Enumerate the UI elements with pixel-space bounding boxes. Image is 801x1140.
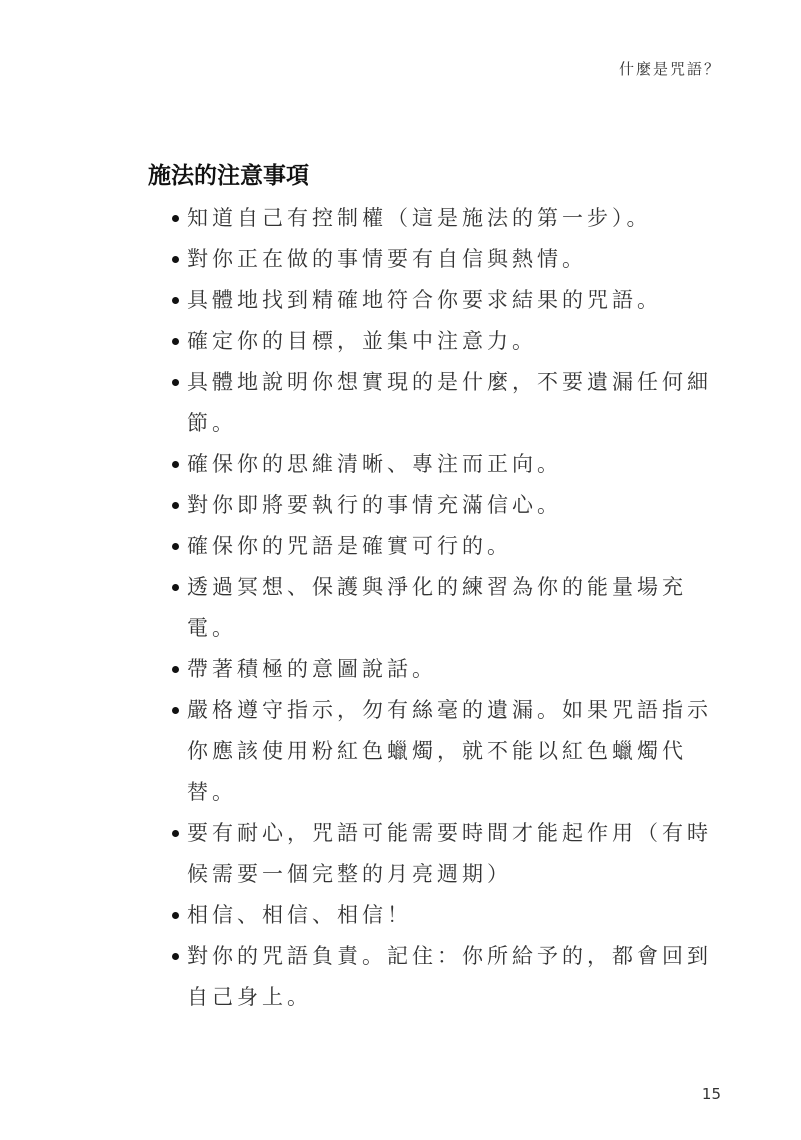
list-item: 對你正在做的事情要有自信與熱情。 bbox=[172, 239, 732, 280]
list-item: 具體地說明你想實現的是什麼，不要遺漏任何細節。 bbox=[172, 362, 732, 444]
list-item-text: 具體地找到精確地符合你要求結果的咒語。 bbox=[187, 280, 732, 321]
list-item-text: 具體地說明你想實現的是什麼，不要遺漏任何細節。 bbox=[187, 362, 732, 444]
bullet-icon bbox=[172, 502, 179, 509]
list-item-text: 對你的咒語負責。記住：你所給予的，都會回到自己身上。 bbox=[187, 936, 732, 1018]
bullet-icon bbox=[172, 953, 179, 960]
bullet-icon bbox=[172, 830, 179, 837]
list-item-text: 帶著積極的意圖說話。 bbox=[187, 649, 732, 690]
list-item: 確保你的思維清晰、專注而正向。 bbox=[172, 444, 732, 485]
bullet-icon bbox=[172, 543, 179, 550]
list-item: 相信、相信、相信！ bbox=[172, 895, 732, 936]
list-item: 要有耐心，咒語可能需要時間才能起作用（有時候需要一個完整的月亮週期） bbox=[172, 813, 732, 895]
bullet-icon bbox=[172, 584, 179, 591]
precautions-list: 知道自己有控制權（這是施法的第一步）。 對你正在做的事情要有自信與熱情。 具體地… bbox=[172, 198, 732, 1018]
list-item: 具體地找到精確地符合你要求結果的咒語。 bbox=[172, 280, 732, 321]
bullet-icon bbox=[172, 666, 179, 673]
list-item: 知道自己有控制權（這是施法的第一步）。 bbox=[172, 198, 732, 239]
list-item-text: 知道自己有控制權（這是施法的第一步）。 bbox=[187, 198, 732, 239]
list-item-text: 透過冥想、保護與淨化的練習為你的能量場充電。 bbox=[187, 567, 732, 649]
list-item: 透過冥想、保護與淨化的練習為你的能量場充電。 bbox=[172, 567, 732, 649]
running-header: 什麼是咒語？ bbox=[619, 58, 721, 79]
list-item: 對你的咒語負責。記住：你所給予的，都會回到自己身上。 bbox=[172, 936, 732, 1018]
list-item: 確保你的咒語是確實可行的。 bbox=[172, 526, 732, 567]
list-item: 確定你的目標，並集中注意力。 bbox=[172, 321, 732, 362]
page-number: 15 bbox=[702, 1085, 721, 1103]
bullet-icon bbox=[172, 297, 179, 304]
list-item-text: 對你正在做的事情要有自信與熱情。 bbox=[187, 239, 732, 280]
list-item-text: 嚴格遵守指示，勿有絲毫的遺漏。如果咒語指示你應該使用粉紅色蠟燭，就不能以紅色蠟燭… bbox=[187, 690, 732, 813]
list-item-text: 要有耐心，咒語可能需要時間才能起作用（有時候需要一個完整的月亮週期） bbox=[187, 813, 732, 895]
bullet-icon bbox=[172, 338, 179, 345]
list-item: 對你即將要執行的事情充滿信心。 bbox=[172, 485, 732, 526]
bullet-icon bbox=[172, 707, 179, 714]
list-item: 帶著積極的意圖說話。 bbox=[172, 649, 732, 690]
bullet-icon bbox=[172, 379, 179, 386]
bullet-icon bbox=[172, 256, 179, 263]
list-item-text: 確定你的目標，並集中注意力。 bbox=[187, 321, 732, 362]
bullet-icon bbox=[172, 215, 179, 222]
list-item-text: 確保你的咒語是確實可行的。 bbox=[187, 526, 732, 567]
bullet-icon bbox=[172, 912, 179, 919]
list-item-text: 對你即將要執行的事情充滿信心。 bbox=[187, 485, 732, 526]
bullet-icon bbox=[172, 461, 179, 468]
list-item-text: 相信、相信、相信！ bbox=[187, 895, 732, 936]
section-title: 施法的注意事項 bbox=[148, 157, 309, 190]
list-item: 嚴格遵守指示，勿有絲毫的遺漏。如果咒語指示你應該使用粉紅色蠟燭，就不能以紅色蠟燭… bbox=[172, 690, 732, 813]
list-item-text: 確保你的思維清晰、專注而正向。 bbox=[187, 444, 732, 485]
